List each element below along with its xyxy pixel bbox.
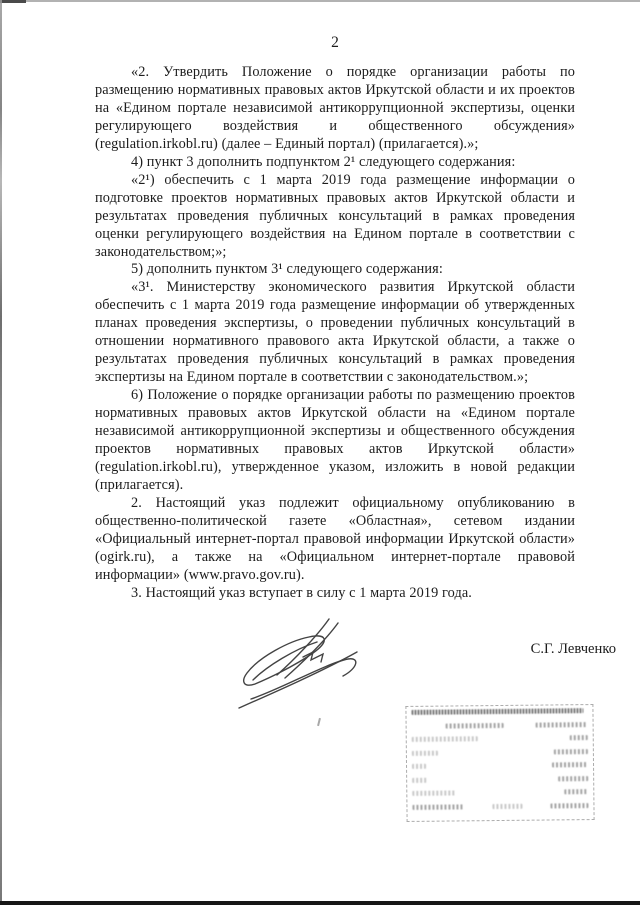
stamp-text-fragment (412, 804, 464, 810)
text-line: 6) Положение о порядке организации работ… (95, 387, 575, 405)
stamp-text-fragment (550, 803, 588, 808)
text-line: «Официальный интернет-портал правовой ин… (95, 531, 575, 549)
text-line: информации» (www.pravo.gov.ru). (95, 567, 575, 585)
page-number: 2 (95, 34, 575, 52)
stamp-text-row (412, 722, 588, 729)
text-line: нормативных правовых актов Иркутской обл… (95, 405, 575, 423)
text-line: (прилагается). (95, 477, 575, 495)
stamp-text-fragment (536, 722, 588, 728)
text-line: экспертизы на Едином портале в соответст… (95, 369, 575, 387)
text-line: обеспечить с 1 марта 2019 года размещени… (95, 297, 575, 315)
ink-bleedthrough-stamp (405, 704, 594, 822)
text-line: подготовке проектов нормативных правовых… (95, 190, 575, 208)
text-line: (regulation.irkobl.ru) (далее – Единый п… (95, 136, 575, 154)
text-line: регулирующего воздействия и общественног… (95, 118, 575, 136)
text-line: проектов нормативных правовых актов Ирку… (95, 441, 575, 459)
stamp-text-fragment (412, 764, 426, 769)
text-line: (ogirk.ru), а также на «Официальном инте… (95, 549, 575, 567)
signer-name: С.Г. Левченко (460, 641, 616, 658)
stamp-text-fragment (564, 789, 588, 794)
stamp-text-fragment (554, 749, 588, 754)
stamp-text-row (412, 749, 588, 756)
stamp-text-fragment (552, 762, 588, 767)
stamp-text-fragment (412, 750, 438, 755)
stamp-text-fragment (411, 708, 583, 715)
stamp-text-row (412, 803, 588, 810)
text-line: «2¹) обеспечить с 1 марта 2019 года разм… (95, 172, 575, 190)
scan-edge-left (0, 0, 2, 905)
stamp-text-fragment (412, 777, 428, 782)
stamp-text-row (412, 776, 588, 783)
stamp-text-fragment (558, 776, 588, 781)
text-line: 5) дополнить пунктом 3¹ следующего содер… (95, 261, 575, 279)
text-line: 4) пункт 3 дополнить подпунктом 2¹ следу… (95, 154, 575, 172)
handwritten-signature (231, 611, 373, 715)
text-line: (regulation.irkobl.ru), утвержденное ука… (95, 459, 575, 477)
stamp-text-row (412, 789, 588, 796)
text-line: планах проведения экспертизы, о проведен… (95, 315, 575, 333)
scan-corner-artifact (0, 0, 26, 3)
scan-edge-bottom (0, 901, 640, 905)
text-line: 3. Настоящий указ вступает в силу с 1 ма… (95, 585, 575, 603)
text-line: размещению нормативных правовых актов Ир… (95, 82, 575, 100)
stamp-text-row (411, 708, 587, 715)
text-line: общественно-политической газете «Областн… (95, 513, 575, 531)
stamp-text-row (412, 735, 588, 742)
stamp-text-fragment (412, 790, 456, 795)
text-line: оценки регулирующего воздействия на Един… (95, 226, 575, 244)
stamp-text-fragment (412, 736, 478, 742)
text-line: «2. Утвердить Положение о порядке органи… (95, 64, 575, 82)
stamp-text-row (412, 762, 588, 769)
text-line: отношении нормативного правового акта Ир… (95, 333, 575, 351)
text-line: законодательством;»; (95, 244, 575, 262)
stamp-text-fragment (570, 735, 588, 740)
decree-body-text: «2. Утвердить Положение о порядке органи… (95, 64, 575, 603)
text-line: на «Едином портале независимой антикорру… (95, 100, 575, 118)
scan-edge-top (0, 0, 640, 2)
text-line: «3¹. Министерству экономического развити… (95, 279, 575, 297)
text-line: независимой антикоррупционной экспертизы… (95, 423, 575, 441)
text-line: 2. Настоящий указ подлежит официальному … (95, 495, 575, 513)
text-line: результатах проведения публичных консуль… (95, 351, 575, 369)
ink-speck (317, 718, 321, 726)
text-line: результатах проведения публичных консуль… (95, 208, 575, 226)
stamp-text-fragment (492, 803, 522, 808)
stamp-text-fragment (446, 722, 504, 728)
